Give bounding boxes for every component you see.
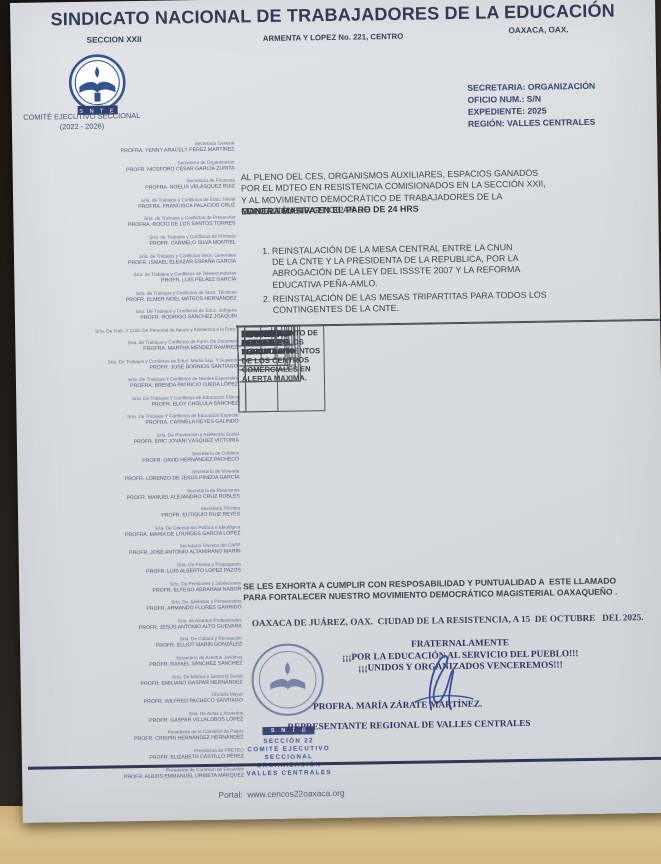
directory-entry: Sría. De Trabajos Y Conflictos de Educac… <box>30 394 238 410</box>
directory-entry: Sría. De Pensiones y JubilacionesPROFR. … <box>33 580 241 596</box>
objective-item: REINSTALACIÓN DE LAS MESAS TRIPARTITAS P… <box>273 288 618 316</box>
directory-entry: Sría. de Trabajos y Conflictos de Form. … <box>29 338 237 354</box>
stamp-lines: SECCIÓN 22COMITÉ EJECUTIVOSECCIONALORGAN… <box>218 737 361 779</box>
directory-entry: Sría. De Actas y AcuerdosPROFR. GASPAR V… <box>35 710 243 726</box>
directory-entry: Sría. De Orientación Política e Ideológi… <box>32 524 240 540</box>
objective-item: REINSTALACIÓN DE LA MESA CENTRAL ENTRE L… <box>272 240 618 290</box>
directory-role: Sría. De Trab. Y Conf. De Personal de Ap… <box>29 326 237 335</box>
directory-entry: Sría. De Mística y Gestoría SocialPROFR.… <box>35 673 243 689</box>
office-info-line: SECRETARIA: ORGANIZACIÓN <box>467 80 595 94</box>
directory-entry: Sría. de Trabajos y Conflictos Secs. Gen… <box>28 252 236 268</box>
directory-entry: Sría. De Trabajos Y Conflictos de Nivele… <box>30 376 238 392</box>
directory-entry: Secretaría de OrganizaciónPROFR. NICEFOR… <box>27 159 235 175</box>
directory-entry: Sría. De Trabajos y Conflictos de Educ. … <box>30 357 238 373</box>
directory-entry: Secretaría de FinanzasPROFRA. NOELIS VEL… <box>27 178 235 194</box>
directory-entry: Secretaría de Asuntos JurídicosPROFR. RA… <box>34 654 242 670</box>
directory-entry: Sría. De Trab. Y Conf. De Personal de Ap… <box>29 326 237 335</box>
salutation-normal: . <box>241 207 244 218</box>
city-label: OAXACA, OAX. <box>508 25 568 35</box>
directory-entry: Sría. de Trabajos y Conflictos de Secs. … <box>29 289 237 305</box>
exhortation-paragraph: SE LES EXHORTA A CUMPLIR CON RESPOSABILI… <box>243 575 661 604</box>
directory: Secretaría GeneralPROFRA. YENNY ARACELY … <box>26 140 244 787</box>
portal-url: Portal: www.cencos22oaxaca.org <box>218 788 344 800</box>
directory-entry: Secretaría Técnica del CAPPPROFR. JOSÉ A… <box>33 543 241 559</box>
directory-entry: Sría. De Cultura y RecreaciónPROFR. ELLI… <box>34 636 242 652</box>
directory-entry: Sría. De Trabajos Y Conflictos de Educac… <box>30 413 238 429</box>
directory-entry: Sría. de Trabajos y Conflictos de Telese… <box>28 271 236 287</box>
directory-entry: Sría. De Prensa y PropagandaPROFR. LUIS … <box>33 562 241 578</box>
salutation-bold: MANERA MASIVA EN EL PARO DE 24 HRS <box>241 204 418 218</box>
document-page: SINDICATO NACIONAL DE TRABAJADORES DE LA… <box>10 0 661 823</box>
committee-block: COMITÉ EJECUTIVO SECCIONAL (2022 - 2026) <box>12 111 152 133</box>
directory-entry: Secretaría de ViviendaPROFR. LORENZO DE … <box>31 469 239 485</box>
directory-entry: Sría. De Trabajos y Conflictos de Educ. … <box>29 308 237 324</box>
directory-entry: Sría. de Trabajos y Conflictos de Primar… <box>28 233 236 249</box>
objectives-list: REINSTALACIÓN DE LA MESA CENTRAL ENTRE L… <box>254 240 618 319</box>
directory-entry: Secretaría de RelacionesPROFR. MANUEL AL… <box>32 487 240 503</box>
dateline: OAXACA DE JUÁREZ, OAX. CIUDAD DE LA RESI… <box>252 612 644 628</box>
directory-entry: Secretaría de CréditosPROFR. DAVID HERNÁ… <box>31 450 239 466</box>
salutation-paragraph: AL PLENO DEL CES, ORGANISMOS AUXILIARES,… <box>241 167 600 218</box>
directory-entry: Secretaría TécnicaPROFR. EUTIQUIO RUIZ R… <box>32 506 240 522</box>
directory-entry: Sría. De Jubilados y PensionadosPROFR. A… <box>33 599 241 615</box>
office-info: SECRETARIA: ORGANIZACIÓNOFICIO NUM.: S/N… <box>467 80 596 130</box>
directory-entry: Oficialía MayorPROFR. WILFRED PACHECO SA… <box>35 692 243 708</box>
directory-entry: Sría. de Trabajos y Conflictos de Preesc… <box>27 215 235 231</box>
directory-entry: Sría. De Prevención y Asistencia SocialP… <box>31 431 239 447</box>
directory-entry: Presidente de la Comisión de PagosPROFR.… <box>35 729 243 745</box>
schedule-table: ACTIVIDADSECTORFECHAHORA MONUMENTO A JUA… <box>236 319 661 328</box>
directory-entry: Presidenta de PRETEOPROFR. ELIZABETH CAS… <box>36 747 244 763</box>
stamp-line: VALLES CENTRALES <box>218 769 360 779</box>
directory-entry: Secretaría GeneralPROFRA. YENNY ARACELY … <box>26 140 234 156</box>
office-info-line: REGIÓN: VALLES CENTRALES <box>468 116 596 130</box>
directory-entry: Sría. de Trabajos y Conflictos de Educ. … <box>27 196 235 212</box>
directory-entry: Sría. de Asuntos ProfesionalesPROFR. JES… <box>34 617 242 633</box>
cell-hora <box>237 326 246 412</box>
